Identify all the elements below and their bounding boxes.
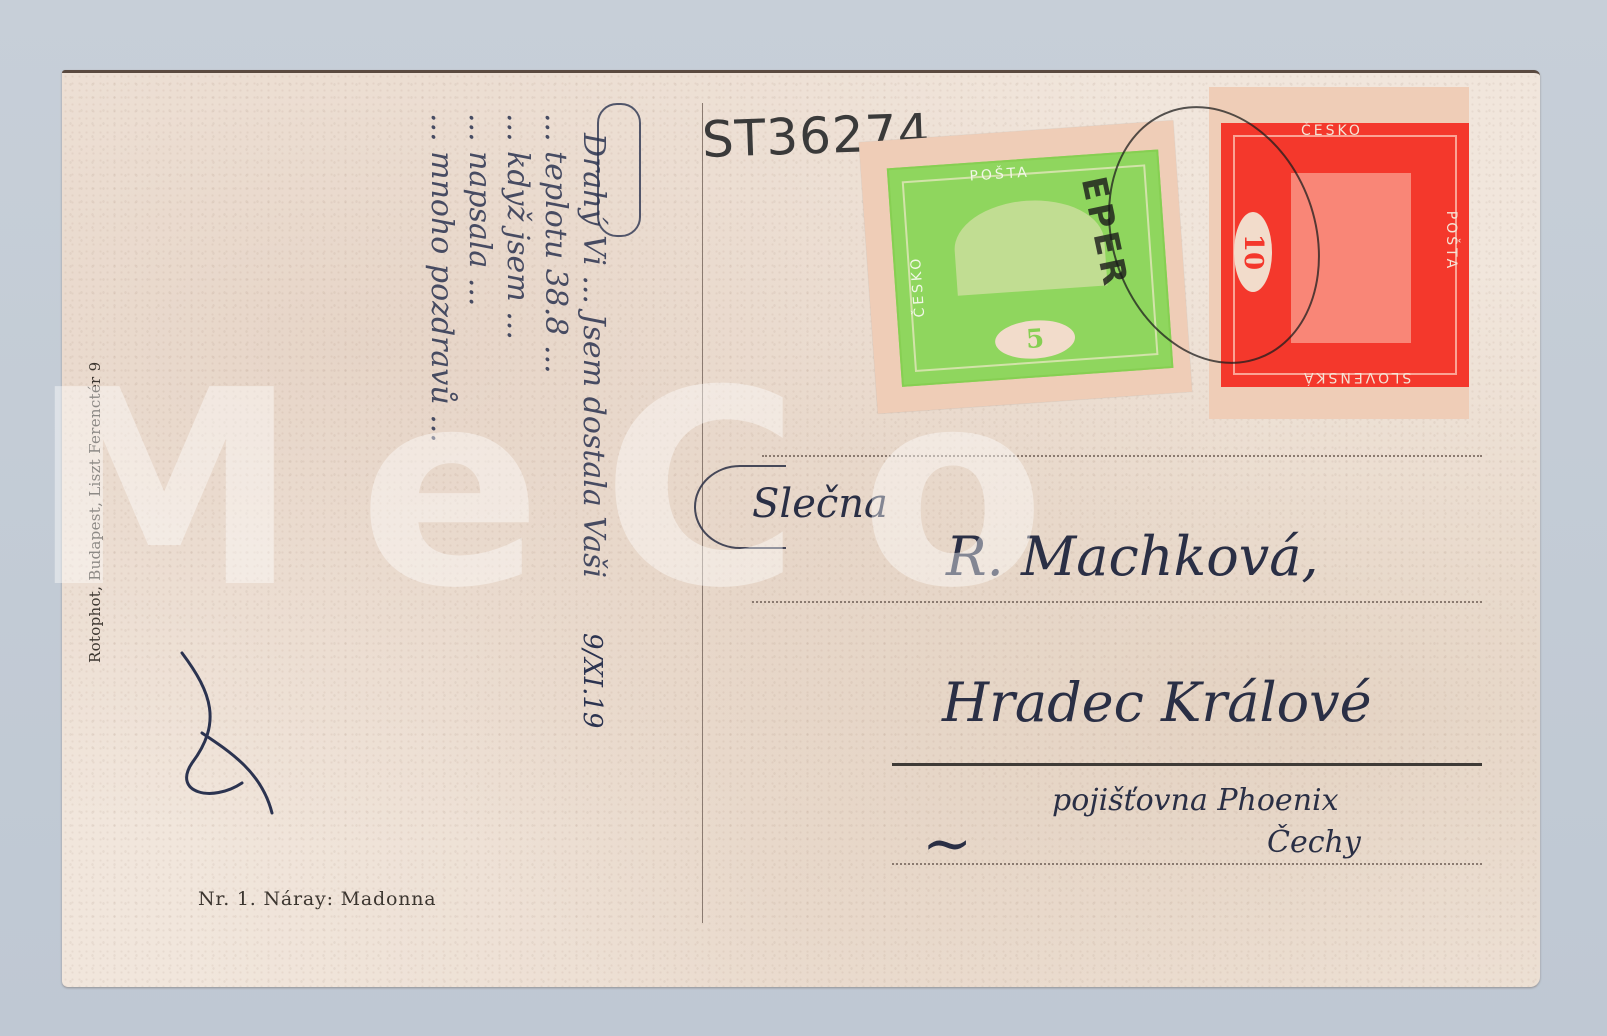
address-rule (892, 763, 1482, 766)
stamp-10-top-text: ČESKO (1301, 123, 1363, 139)
message-line: Drahý Vi ... Jsem dostala Vaši (574, 133, 612, 893)
message-line: ... napsala ... (460, 113, 498, 893)
stamp-10-bottom-text: SLOVENSKÁ (1301, 369, 1411, 385)
address-line (892, 863, 1482, 865)
postcard: Rotophot, Budapest, Liszt Ferenctér 9 Dr… (62, 70, 1540, 987)
publisher-imprint: Rotophot, Budapest, Liszt Ferenctér 9 (86, 362, 104, 663)
stamp-10-side-text: POŠTA (1443, 211, 1459, 271)
message-line: ... teplotu 38.8 ... (536, 113, 574, 893)
address-recipient: R. Machková, (946, 525, 1319, 588)
address-note: pojišťovna Phoenix (1052, 783, 1339, 818)
message-rotated: Drahý Vi ... Jsem dostala Vaši ... teplo… (422, 113, 612, 893)
address-city: Hradec Králové (942, 671, 1372, 734)
address-line (762, 455, 1482, 457)
address-line (752, 601, 1482, 603)
flourish-tilde: ~ (922, 809, 972, 879)
artwork-caption: Nr. 1. Náray: Madonna (198, 888, 436, 910)
address-salutation: Slečna (752, 481, 888, 527)
signature (152, 633, 292, 823)
message-date: 9/XI.19 (577, 633, 607, 728)
message-line: ... mnoho pozdravů ... (422, 113, 460, 893)
message-line: ... když jsem ... (498, 113, 536, 893)
address-region: Čechy (1267, 825, 1361, 860)
